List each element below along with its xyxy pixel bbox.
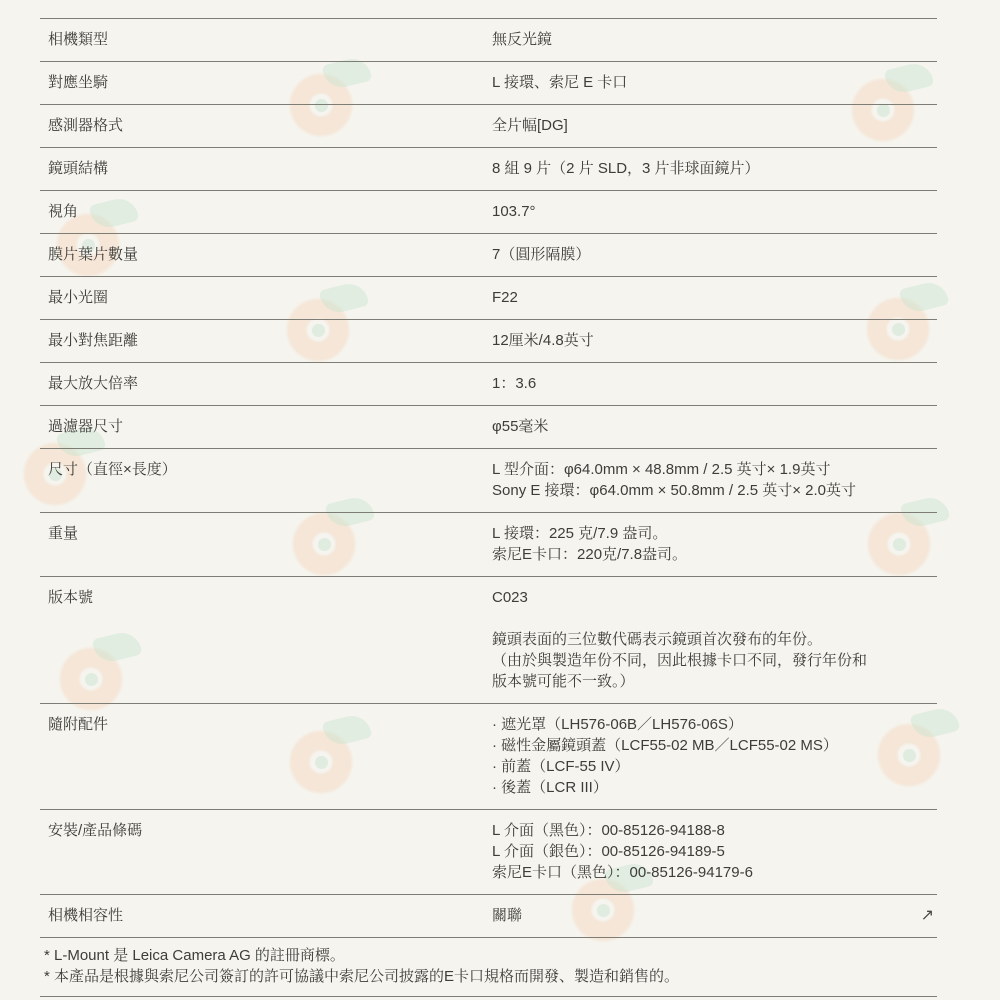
spec-row-version: 版本號 C023 鏡頭表面的三位數代碼表示鏡頭首次發布的年份。 （由於與製造年份… [40,577,937,704]
spec-row-barcode: 安裝/產品條碼 L 介面（黑色）：00-85126-94188-8 L 介面（銀… [40,810,937,895]
spec-label: 最小光圈 [40,287,492,308]
spec-value: C023 鏡頭表面的三位數代碼表示鏡頭首次發布的年份。 （由於與製造年份不同，因… [492,587,937,692]
spec-label: 對應坐騎 [40,72,492,93]
version-code: C023 [492,587,937,608]
spec-label: 尺寸（直徑×長度） [40,459,492,480]
version-note: 鏡頭表面的三位數代碼表示鏡頭首次發布的年份。 （由於與製造年份不同，因此根據卡口… [492,629,937,692]
spec-value: 8 組 9 片（2 片 SLD，3 片非球面鏡片） [492,158,937,179]
spec-label: 隨附配件 [40,714,492,735]
spec-row-filter-size: 過濾器尺寸 φ55毫米 [40,406,937,449]
spec-row-dimensions: 尺寸（直徑×長度） L 型介面：φ64.0mm × 48.8mm / 2.5 英… [40,449,937,513]
spec-row-angle-of-view: 視角 103.7° [40,191,937,234]
dimension-line-e-mount: Sony E 接環：φ64.0mm × 50.8mm / 2.5 英寸× 2.0… [492,480,937,501]
spec-value: F22 [492,287,937,308]
spec-label: 最大放大倍率 [40,373,492,394]
spec-label: 膜片葉片數量 [40,244,492,265]
dimension-line-l-mount: L 型介面：φ64.0mm × 48.8mm / 2.5 英寸× 1.9英寸 [492,459,937,480]
spec-label: 相機類型 [40,29,492,50]
spec-value: 7（圓形隔膜） [492,244,937,265]
spec-value: L 接環、索尼 E 卡口 [492,72,937,93]
spec-label: 鏡頭結構 [40,158,492,179]
spec-row-sensor-format: 感測器格式 全片幅[DG] [40,105,937,148]
spec-row-weight: 重量 L 接環：225 克/7.9 盎司。 索尼E卡口：220克/7.8盎司。 [40,513,937,577]
spec-value: 12厘米/4.8英寸 [492,330,937,351]
spec-row-lens-construction: 鏡頭結構 8 組 9 片（2 片 SLD，3 片非球面鏡片） [40,148,937,191]
spec-row-max-magnification: 最大放大倍率 1：3.6 [40,363,937,406]
spec-label: 相機相容性 [40,905,492,926]
footnotes: * L-Mount 是 Leica Camera AG 的註冊商標。 * 本產品… [40,938,937,997]
spec-value: 全片幅[DG] [492,115,937,136]
spec-label: 重量 [40,523,492,544]
accessory-item: · 磁性金屬鏡頭蓋（LCF55-02 MB／LCF55-02 MS） [492,735,937,756]
spec-value: · 遮光罩（LH576-06B／LH576-06S） · 磁性金屬鏡頭蓋（LCF… [492,714,937,798]
spec-value: L 介面（黑色）：00-85126-94188-8 L 介面（銀色）：00-85… [492,820,937,883]
spec-row-camera-type: 相機類型 無反光鏡 [40,19,937,62]
footnote-emount-license: * 本產品是根據與索尼公司簽訂的許可協議中索尼公司披露的E卡口規格而開發、製造和… [44,966,937,987]
spec-label: 過濾器尺寸 [40,416,492,437]
spec-table: 相機類型 無反光鏡 對應坐騎 L 接環、索尼 E 卡口 感測器格式 全片幅[DG… [40,18,937,997]
spec-value: 關聯 ↗ [492,905,937,926]
spec-label: 感測器格式 [40,115,492,136]
spec-row-diaphragm-blades: 膜片葉片數量 7（圓形隔膜） [40,234,937,277]
spec-label: 視角 [40,201,492,222]
spec-row-min-focus-distance: 最小對焦距離 12厘米/4.8英寸 [40,320,937,363]
external-link-icon[interactable]: ↗ [921,905,934,926]
spec-value: 無反光鏡 [492,29,937,50]
accessory-item: · 前蓋（LCF-55 IV） [492,756,937,777]
spec-row-camera-compatibility[interactable]: 相機相容性 關聯 ↗ [40,895,937,938]
spec-row-accessories: 隨附配件 · 遮光罩（LH576-06B／LH576-06S） · 磁性金屬鏡頭… [40,704,937,810]
spec-row-mount: 對應坐騎 L 接環、索尼 E 卡口 [40,62,937,105]
accessory-item: · 後蓋（LCR III） [492,777,937,798]
weight-line-e-mount: 索尼E卡口：220克/7.8盎司。 [492,544,937,565]
barcode-line: L 介面（銀色）：00-85126-94189-5 [492,841,937,862]
spec-value: φ55毫米 [492,416,937,437]
compatibility-link[interactable]: 關聯 [492,905,522,926]
barcode-line: L 介面（黑色）：00-85126-94188-8 [492,820,937,841]
spec-value: 1：3.6 [492,373,937,394]
weight-line-l-mount: L 接環：225 克/7.9 盎司。 [492,523,937,544]
spec-value: L 接環：225 克/7.9 盎司。 索尼E卡口：220克/7.8盎司。 [492,523,937,565]
spec-value: 103.7° [492,201,937,222]
spec-label: 最小對焦距離 [40,330,492,351]
footnote-lmount-trademark: * L-Mount 是 Leica Camera AG 的註冊商標。 [44,945,937,966]
spec-row-min-aperture: 最小光圈 F22 [40,277,937,320]
spec-label: 版本號 [40,587,492,608]
spec-value: L 型介面：φ64.0mm × 48.8mm / 2.5 英寸× 1.9英寸 S… [492,459,937,501]
barcode-line: 索尼E卡口（黑色）：00-85126-94179-6 [492,862,937,883]
accessory-item: · 遮光罩（LH576-06B／LH576-06S） [492,714,937,735]
spec-label: 安裝/產品條碼 [40,820,492,841]
